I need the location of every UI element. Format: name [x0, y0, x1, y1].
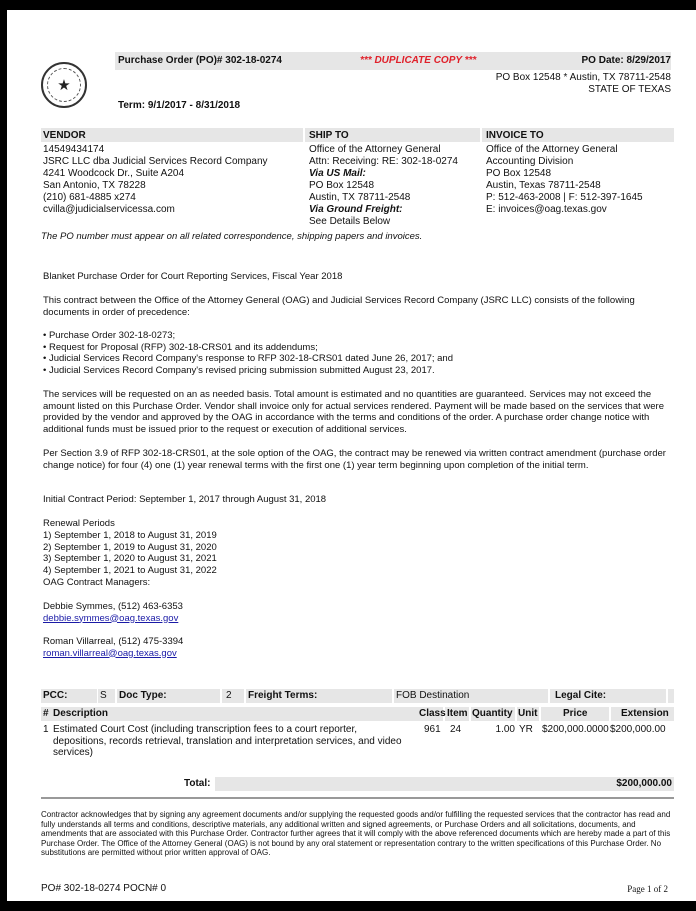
manager-email-link[interactable]: debbie.symmes@oag.texas.gov — [43, 613, 178, 624]
vendor-line: (210) 681-4885 x274 — [43, 192, 268, 204]
contract-intro: This contract between the Office of the … — [43, 295, 673, 318]
ship-to-line: Office of the Attorney General — [309, 144, 458, 156]
vendor-line: JSRC LLC dba Judicial Services Record Co… — [43, 156, 268, 168]
freight-terms-label: Freight Terms: — [248, 690, 317, 701]
agency-state: STATE OF TEXAS — [588, 84, 671, 95]
ship-to-line: Via Ground Freight: — [309, 204, 458, 216]
pcc-value: S — [100, 690, 107, 701]
po-number-notice: The PO number must appear on all related… — [41, 231, 422, 242]
contract-manager: Roman Villarreal, (512) 475-3394 roman.v… — [43, 636, 673, 659]
ship-to-block: Office of the Attorney GeneralAttn: Rece… — [309, 144, 458, 228]
invoice-to-block: Office of the Attorney GeneralAccounting… — [486, 144, 643, 216]
manager-name: Debbie Symmes, (512) 463-6353 — [43, 601, 673, 613]
precedence-item: • Judicial Services Record Company's rev… — [43, 365, 673, 377]
precedence-list: • Purchase Order 302-18-0273;• Request f… — [43, 330, 673, 376]
contract-manager: Debbie Symmes, (512) 463-6353 debbie.sym… — [43, 601, 673, 624]
page-number: Page 1 of 2 — [627, 884, 668, 894]
ship-to-line: Austin, TX 78711-2548 — [309, 192, 458, 204]
ship-to-line: Attn: Receiving: RE: 302-18-0274 — [309, 156, 458, 168]
footer-po-reference: PO# 302-18-0274 POCN# 0 — [41, 883, 166, 894]
contract-managers-heading: OAG Contract Managers: — [43, 577, 673, 589]
vendor-heading: VENDOR — [43, 130, 86, 141]
freight-terms-value: FOB Destination — [396, 690, 469, 701]
invoice-to-line: Austin, Texas 78711-2548 — [486, 180, 643, 192]
description-line: services) — [53, 747, 402, 759]
invoice-to-line: Accounting Division — [486, 156, 643, 168]
total-label: Total: — [184, 778, 210, 789]
precedence-item: • Request for Proposal (RFP) 302-18-CRS0… — [43, 342, 673, 354]
quantity-header: Quantity — [472, 708, 513, 719]
contract-term: Term: 9/1/2017 - 8/31/2018 — [118, 100, 240, 111]
description-line: Estimated Court Cost (including transcri… — [53, 724, 402, 736]
precedence-item: • Purchase Order 302-18-0273; — [43, 330, 673, 342]
line-unit: YR — [519, 724, 533, 735]
vendor-line: San Antonio, TX 78228 — [43, 180, 268, 192]
initial-contract-period: Initial Contract Period: September 1, 20… — [43, 494, 673, 506]
renewal-period: 4) September 1, 2021 to August 31, 2022 — [43, 565, 673, 577]
agency-address: PO Box 12548 * Austin, TX 78711-2548 — [496, 72, 671, 83]
invoice-to-line: PO Box 12548 — [486, 168, 643, 180]
renewal-period: 3) September 1, 2020 to August 31, 2021 — [43, 553, 673, 565]
ship-to-heading: SHIP TO — [309, 130, 349, 141]
line-number: 1 — [43, 724, 49, 735]
vendor-block: 14549434174JSRC LLC dba Judicial Service… — [43, 144, 268, 216]
invoice-to-line: E: invoices@oag.texas.gov — [486, 204, 643, 216]
services-paragraph: The services will be requested on an as … — [43, 389, 673, 435]
vendor-line: 14549434174 — [43, 144, 268, 156]
po-date: PO Date: 8/29/2017 — [582, 55, 672, 66]
description-header: Description — [53, 708, 108, 719]
purchase-order-page: ★ Purchase Order (PO)# 302-18-0274 *** D… — [7, 10, 696, 901]
renewal-period: 2) September 1, 2019 to August 31, 2020 — [43, 542, 673, 554]
po-number: Purchase Order (PO)# 302-18-0274 — [118, 55, 282, 66]
line-price: $200,000.0000 — [542, 724, 609, 735]
line-extension: $200,000.00 — [610, 724, 666, 735]
doc-type-value: 2 — [226, 690, 232, 701]
invoice-to-line: P: 512-463-2008 | F: 512-397-1645 — [486, 192, 643, 204]
renewal-period: 1) September 1, 2018 to August 31, 2019 — [43, 530, 673, 542]
legal-cite-label: Legal Cite: — [555, 690, 606, 701]
line-quantity: 1.00 — [496, 724, 515, 735]
contractor-acknowledgement: Contractor acknowledges that by signing … — [41, 810, 673, 858]
legal-cite-value-cell — [668, 689, 674, 703]
vendor-line: 4241 Woodcock Dr., Suite A204 — [43, 168, 268, 180]
ship-to-line: Via US Mail: — [309, 168, 458, 180]
star-icon: ★ — [57, 78, 70, 93]
line-description: Estimated Court Cost (including transcri… — [53, 724, 402, 759]
pcc-label: PCC: — [43, 690, 67, 701]
total-bar — [215, 777, 674, 791]
extension-header: Extension — [621, 708, 669, 719]
body-title: Blanket Purchase Order for Court Reporti… — [43, 271, 673, 283]
price-header: Price — [563, 708, 587, 719]
invoice-to-line: Office of the Attorney General — [486, 144, 643, 156]
manager-name: Roman Villarreal, (512) 475-3394 — [43, 636, 673, 648]
doc-type-label: Doc Type: — [119, 690, 167, 701]
ship-to-line: See Details Below — [309, 216, 458, 228]
class-header: Class — [419, 708, 446, 719]
line-class: 961 — [424, 724, 441, 735]
divider — [41, 797, 674, 799]
unit-header: Unit — [518, 708, 537, 719]
vendor-line: cvilla@judicialservicessa.com — [43, 204, 268, 216]
renewal-paragraph: Per Section 3.9 of RFP 302-18-CRS01, at … — [43, 448, 673, 471]
item-header: Item — [447, 708, 468, 719]
line-number-header: # — [43, 708, 49, 719]
renewal-periods-list: 1) September 1, 2018 to August 31, 20192… — [43, 530, 673, 576]
invoice-to-heading: INVOICE TO — [486, 130, 544, 141]
renewal-periods-heading: Renewal Periods — [43, 518, 673, 530]
description-line: depositions, records retrieval, translat… — [53, 736, 402, 748]
manager-email-link[interactable]: roman.villarreal@oag.texas.gov — [43, 648, 177, 659]
line-item: 24 — [450, 724, 461, 735]
total-value: $200,000.00 — [616, 778, 672, 789]
ship-to-line: PO Box 12548 — [309, 180, 458, 192]
precedence-item: • Judicial Services Record Company's res… — [43, 353, 673, 365]
texas-attorney-general-seal-icon: ★ — [41, 62, 87, 108]
duplicate-copy-notice: *** DUPLICATE COPY *** — [360, 55, 476, 66]
